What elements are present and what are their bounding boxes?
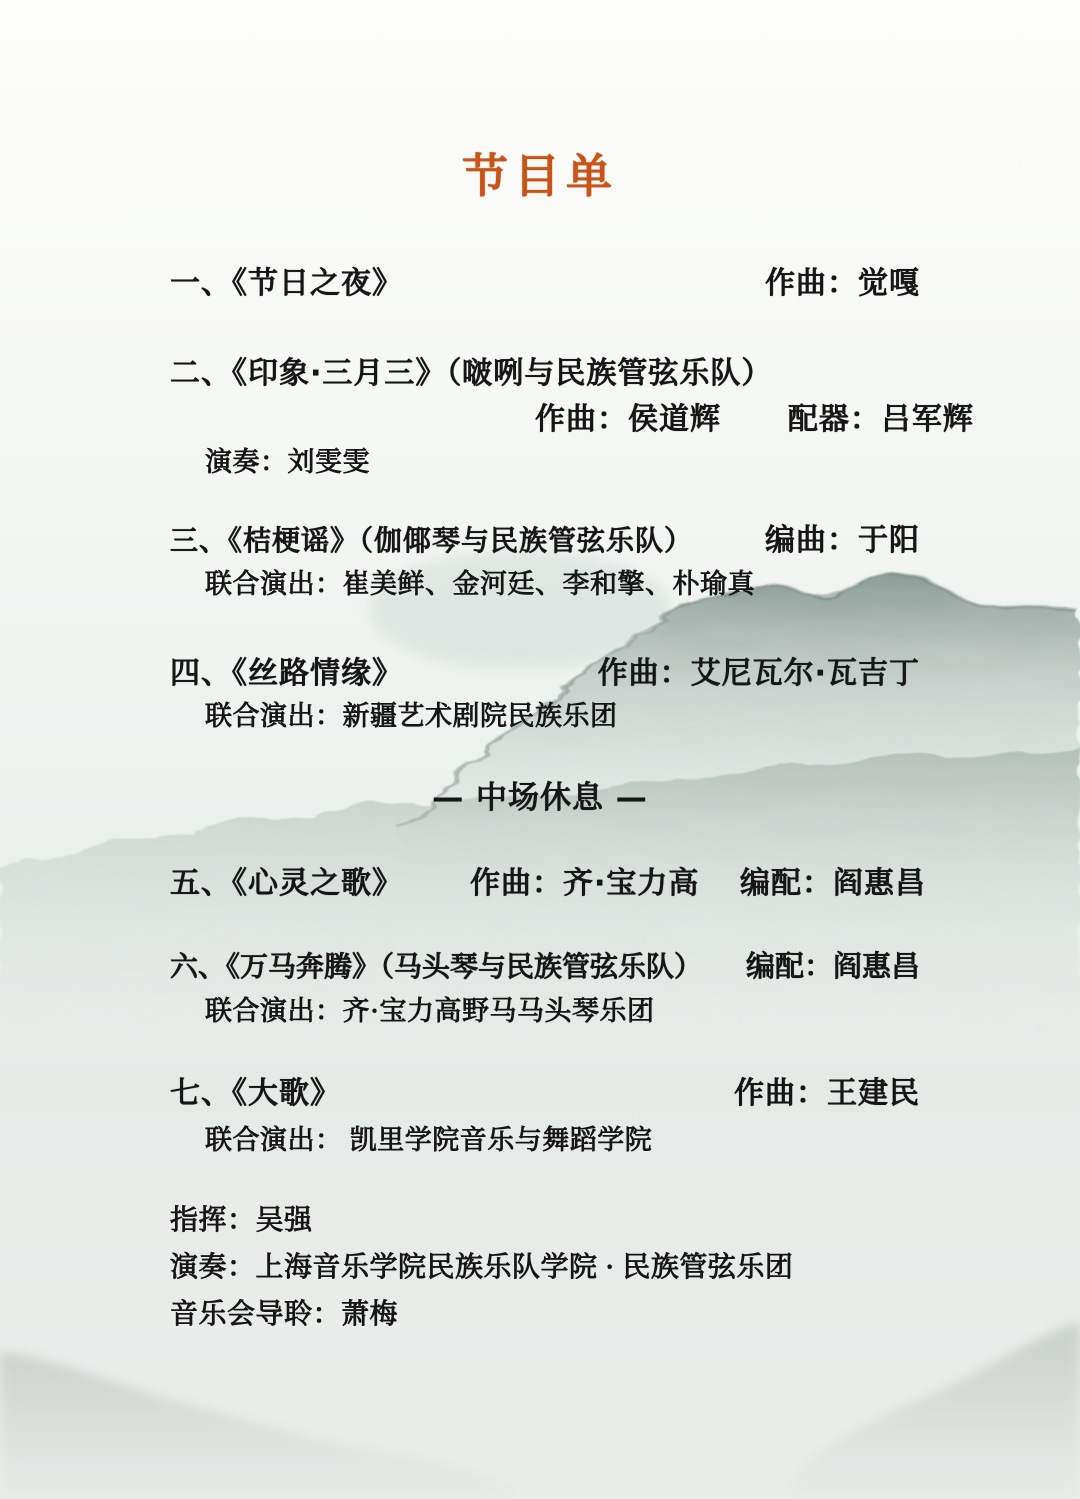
program-item-1-composer: 作曲：觉嘎 [765, 258, 920, 302]
page-title: 节目单 [0, 140, 1080, 206]
program-item-2-composer: 作曲：侯道辉 [535, 402, 721, 437]
footer-orchestra: 演奏：上海音乐学院民族乐队学院 · 民族管弦乐团 [170, 1245, 793, 1285]
program-item-5-arranger: 编配：阎惠昌 [740, 858, 926, 902]
program-item-6: 六、《万马奔腾》（马头琴与民族管弦乐队） 编配：阎惠昌 [170, 944, 920, 985]
program-item-2-title: 二、《印象·三月三》（啵咧与民族管弦乐队） [170, 348, 772, 392]
program-item-6-title: 六、《万马奔腾》（马头琴与民族管弦乐队） [170, 945, 702, 985]
program-item-2-performer: 演奏：刘雯雯 [205, 440, 370, 479]
program-item-7-composer: 作曲：王建民 [734, 1068, 920, 1112]
program-item-4: 四、《丝路情缘》 作曲：艾尼瓦尔·瓦吉丁 [170, 648, 920, 692]
program-item-3-performers: 联合演出：崔美鲜、金河廷、李和擎、朴瑜真 [205, 562, 755, 601]
program-item-5-composer: 作曲：齐·宝力高 [470, 858, 699, 902]
program-item-4-composer: 作曲：艾尼瓦尔·瓦吉丁 [598, 648, 920, 692]
program-item-6-arranger: 编配：阎惠昌 [746, 944, 920, 985]
program-item-7-title: 七、《大歌》 [170, 1068, 341, 1112]
program-item-4-title: 四、《丝路情缘》 [170, 648, 403, 692]
program-item-3-arranger: 编曲：于阳 [765, 515, 920, 559]
footer-host: 音乐会导聆：萧梅 [170, 1292, 398, 1332]
program-item-3: 三、《桔梗谣》（伽倻琴与民族管弦乐队） 编曲：于阳 [170, 515, 920, 559]
program-item-1-title: 一、《节日之夜》 [170, 258, 403, 302]
program-item-4-performers: 联合演出：新疆艺术剧院民族乐团 [205, 694, 618, 733]
program-item-7: 七、《大歌》 作曲：王建民 [170, 1068, 920, 1112]
program-item-6-performers: 联合演出：齐·宝力高野马马头琴乐团 [205, 989, 655, 1028]
footer-conductor: 指挥：吴强 [170, 1198, 313, 1238]
program-item-1: 一、《节日之夜》 作曲：觉嘎 [170, 258, 920, 302]
program-item-3-title: 三、《桔梗谣》（伽倻琴与民族管弦乐队） [170, 519, 693, 559]
program-item-5-title: 五、《心灵之歌》 [170, 858, 403, 902]
program-item-2-orchestrator: 配器：吕军辉 [788, 402, 974, 437]
program-item-7-performers: 联合演出： 凯里学院音乐与舞蹈学院 [205, 1118, 652, 1157]
program-item-5: 五、《心灵之歌》 作曲：齐·宝力高 编配：阎惠昌 [170, 858, 920, 898]
intermission-label: — 中场休息 — [0, 772, 1080, 817]
program-item-2-credits: 作曲：侯道辉 配器：吕军辉 [535, 394, 974, 438]
program-page: 节目单 一、《节日之夜》 作曲：觉嘎 二、《印象·三月三》（啵咧与民族管弦乐队）… [0, 0, 1080, 1499]
